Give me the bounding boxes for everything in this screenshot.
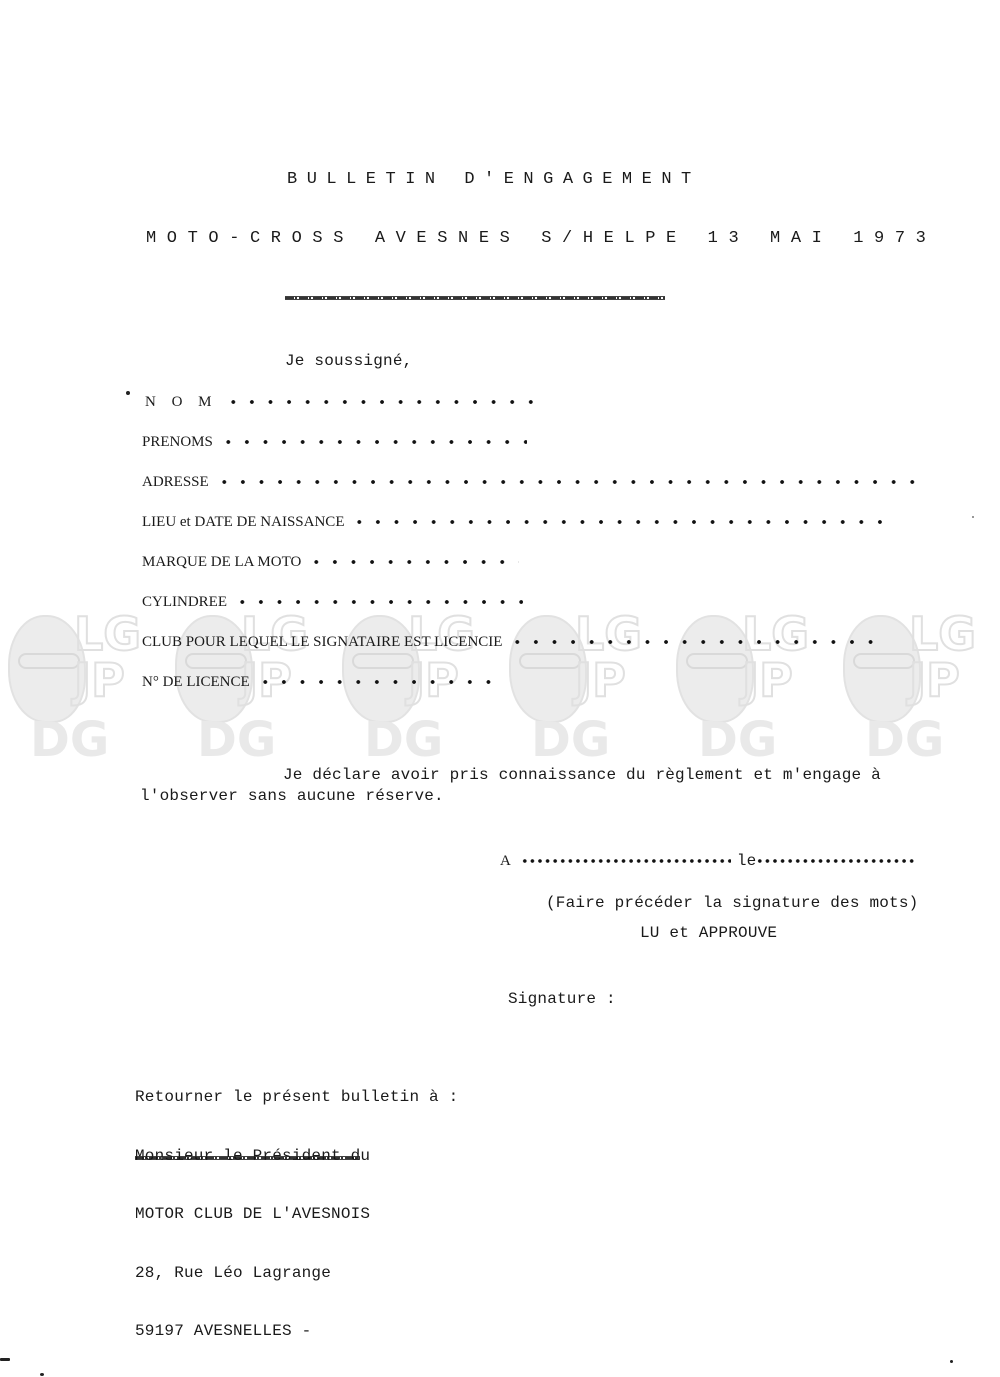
scan-mark [0, 1358, 10, 1361]
signature-label: Signature : [508, 990, 616, 1008]
portrait-icon [676, 615, 754, 723]
watermark-initials-bottom: DG [197, 715, 276, 765]
place-date-line[interactable]: A le [500, 852, 916, 870]
field-dotted-line[interactable] [256, 676, 496, 688]
document-title: BULLETIN D'ENGAGEMENT [287, 170, 701, 189]
date-dotted-line[interactable] [756, 855, 916, 867]
watermark-initials: LGJP [575, 611, 642, 703]
field-adresse[interactable]: ADRESSE [142, 474, 917, 491]
watermark-initials: LGJP [74, 611, 141, 703]
watermark-initials-bottom: DG [865, 715, 944, 765]
place-prefix: A [500, 853, 511, 870]
date-prefix: le [737, 852, 757, 870]
return-address-line: 28, Rue Léo Lagrange [135, 1264, 458, 1284]
field-lieu-date-naissance[interactable]: LIEU et DATE DE NAISSANCE [142, 514, 890, 531]
watermark-initials-bottom: DG [364, 715, 443, 765]
field-label: LIEU et DATE DE NAISSANCE [142, 514, 344, 531]
return-address: Retourner le présent bulletin à : Monsie… [135, 1049, 458, 1361]
field-nom[interactable]: N O M [145, 394, 546, 411]
stray-mark [126, 391, 130, 395]
field-label: N O M [145, 394, 218, 411]
event-subtitle: MOTO-CROSS AVESNES S/HELPE 13 MAI 1973 [146, 229, 936, 248]
return-address-line: MOTOR CLUB DE L'AVESNOIS [135, 1205, 458, 1225]
portrait-icon [8, 615, 86, 723]
watermark-tile: LGJPDG [835, 603, 1000, 773]
watermark-initials-bottom: DG [531, 715, 610, 765]
field-label: N° DE LICENCE [142, 674, 250, 691]
scan-mark [40, 1373, 44, 1376]
field-dotted-line[interactable] [350, 516, 890, 528]
field-label: ADRESSE [142, 474, 209, 491]
field-label: CYLINDREE [142, 594, 227, 611]
header-divider [285, 296, 665, 300]
field-dotted-line[interactable] [307, 556, 519, 568]
watermark-initials: LGJP [909, 611, 976, 703]
signature-note: (Faire précéder la signature des mots) [546, 894, 918, 912]
field-marque-moto[interactable]: MARQUE DE LA MOTO [142, 554, 519, 571]
field-label: PRENOMS [142, 434, 213, 451]
watermark-tile: LGJPDG [668, 603, 835, 773]
return-address-line: 59197 AVESNELLES - [135, 1322, 458, 1342]
field-dotted-line[interactable] [215, 476, 917, 488]
portrait-icon [342, 615, 420, 723]
portrait-icon [175, 615, 253, 723]
field-dotted-line[interactable] [508, 636, 882, 648]
place-dotted-line[interactable] [521, 855, 731, 867]
field-dotted-line[interactable] [219, 436, 527, 448]
watermark-initials-bottom: DG [30, 715, 109, 765]
declaration-line-1: Je déclare avoir pris connaissance du rè… [283, 766, 881, 784]
field-label: CLUB POUR LEQUEL LE SIGNATAIRE EST LICEN… [142, 634, 502, 651]
return-address-line: Retourner le présent bulletin à : [135, 1088, 458, 1108]
field-club[interactable]: CLUB POUR LEQUEL LE SIGNATAIRE EST LICEN… [142, 634, 882, 651]
field-cylindree[interactable]: CYLINDREE [142, 594, 523, 611]
field-dotted-line[interactable] [233, 596, 523, 608]
signature-words: LU et APPROUVE [640, 924, 777, 942]
field-label: MARQUE DE LA MOTO [142, 554, 301, 571]
portrait-icon [843, 615, 921, 723]
field-dotted-line[interactable] [224, 396, 546, 408]
declaration-line-2: l'observer sans aucune réserve. [140, 787, 444, 805]
watermark-tile: LGJPDG [501, 603, 668, 773]
footer-divider [135, 1156, 360, 1160]
field-numero-licence[interactable]: N° DE LICENCE [142, 674, 496, 691]
field-prenoms[interactable]: PRENOMS [142, 434, 527, 451]
portrait-icon [509, 615, 587, 723]
watermark-initials: LGJP [742, 611, 809, 703]
scan-mark [972, 516, 974, 518]
intro-text: Je soussigné, [285, 352, 412, 370]
watermark-initials-bottom: DG [698, 715, 777, 765]
scan-mark [950, 1360, 953, 1363]
